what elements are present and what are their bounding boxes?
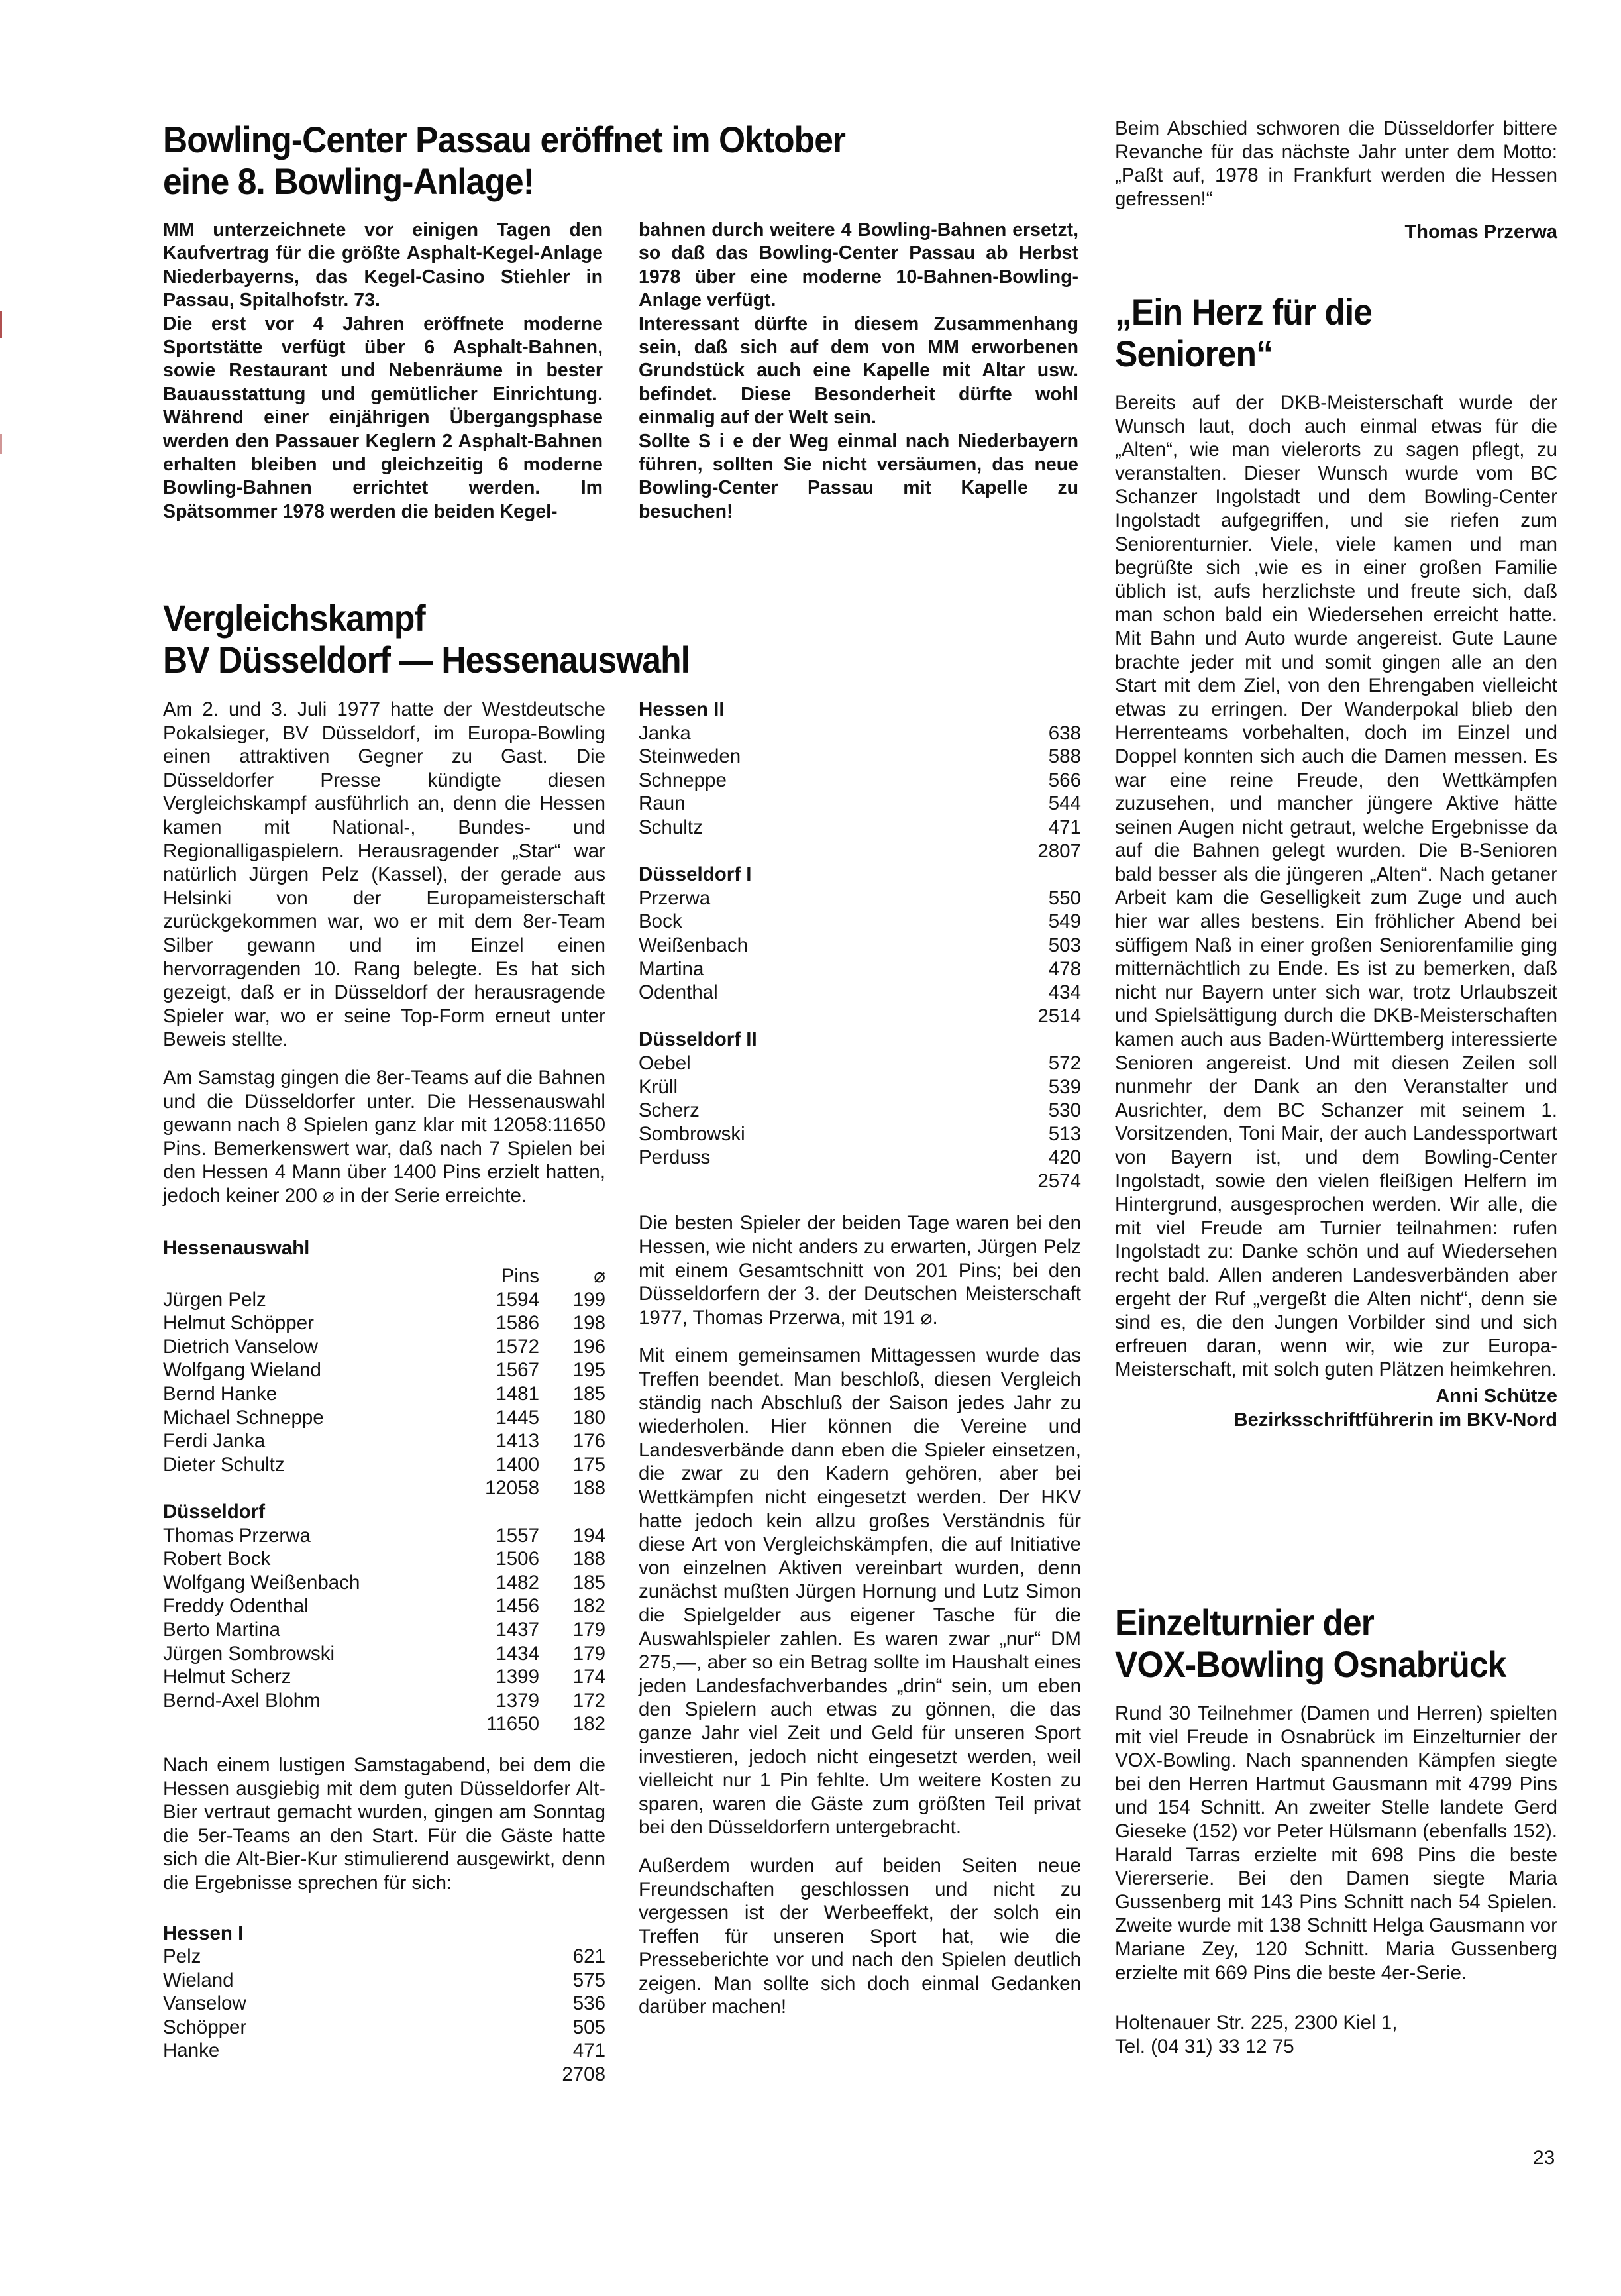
paragraph: Die besten Spieler der beiden Tage waren…	[639, 1211, 1081, 1329]
title-line: BV Düsseldorf — Hessenauswahl	[163, 639, 690, 681]
table-row: Pelz621	[163, 1945, 605, 1969]
scan-edge-mark	[0, 311, 2, 338]
player-name: Thomas Przerwa	[163, 1524, 460, 1548]
vergleich-column-1: Am 2. und 3. Juli 1977 hatte der Westdeu…	[163, 698, 605, 2087]
player-name: Steinweden	[639, 745, 949, 769]
player-name: Helmut Schöpper	[163, 1311, 460, 1335]
player-name: Wolfgang Weißenbach	[163, 1571, 460, 1595]
pins-value: 549	[955, 910, 1081, 934]
scores-table-duesseldorf-2: Oebel572 Krüll539 Scherz530 Sombrowski51…	[639, 1052, 1081, 1193]
total-pins: 2574	[953, 1170, 1081, 1193]
author-signature: Anni Schütze	[1115, 1384, 1557, 1408]
player-name: Freddy Odenthal	[163, 1594, 460, 1618]
pins-value: 1379	[460, 1689, 539, 1713]
player-name: Oebel	[639, 1052, 953, 1075]
player-name: Michael Schneppe	[163, 1406, 460, 1430]
pins-value: 1413	[460, 1429, 539, 1453]
player-name: Schneppe	[639, 769, 949, 793]
average-value: 179	[539, 1618, 605, 1642]
pins-value: 572	[953, 1052, 1081, 1075]
paragraph: Außerdem wurden auf beiden Seiten neue F…	[639, 1854, 1081, 2019]
table-row: Wolfgang Weißenbach1482185	[163, 1571, 605, 1595]
average-value: 172	[539, 1689, 605, 1713]
article-vox-header: Einzelturnier der VOX-Bowling Osnabrück	[1115, 1602, 1592, 1685]
paragraph: Rund 30 Teilnehmer (Damen und Herren) sp…	[1115, 1702, 1557, 1985]
average-value: 199	[539, 1288, 605, 1312]
average-value: 180	[539, 1406, 605, 1430]
team-heading: Hessenauswahl	[163, 1236, 605, 1260]
average-value: 174	[539, 1665, 605, 1689]
article-vergleichskampf-header: Vergleichskampf BV Düsseldorf — Hessenau…	[163, 598, 1090, 681]
title-line: VOX-Bowling Osnabrück	[1115, 1643, 1506, 1685]
article-title: „Ein Herz für die Senioren“	[1115, 292, 1542, 374]
average-value: 198	[539, 1311, 605, 1335]
average-value: 179	[539, 1642, 605, 1666]
pins-value: 1400	[460, 1453, 539, 1477]
table-row: Schneppe566	[639, 769, 1081, 793]
article-passau: Bowling-Center Passau eröffnet im Oktobe…	[163, 119, 1077, 202]
article-title: Vergleichskampf BV Düsseldorf — Hessenau…	[163, 598, 1016, 681]
title-line: eine 8. Bowling-Anlage!	[163, 160, 534, 202]
table-row: Ferdi Janka1413176	[163, 1429, 605, 1453]
player-name: Weißenbach	[639, 934, 955, 957]
table-row: Helmut Schöpper1586198	[163, 1311, 605, 1335]
average-value: 185	[539, 1382, 605, 1406]
team-heading: Hessen II	[639, 698, 1081, 722]
table-total-row: 2574	[639, 1170, 1081, 1193]
address-line: Holtenauer Str. 225, 2300 Kiel 1,	[1115, 2011, 1557, 2035]
scores-table-hessen-1: Pelz621 Wieland575 Vanselow536 Schöpper5…	[163, 1945, 605, 2087]
paragraph: Nach einem lustigen Samstagabend, bei de…	[163, 1753, 605, 1895]
player-name: Schöpper	[163, 2016, 454, 2040]
player-name: Wieland	[163, 1969, 454, 1993]
team-heading: Hessen I	[163, 1922, 605, 1945]
pins-value: 1399	[460, 1665, 539, 1689]
pins-value: 588	[949, 745, 1081, 769]
player-name: Jürgen Sombrowski	[163, 1642, 460, 1666]
player-name: Wolfgang Wieland	[163, 1358, 460, 1382]
scores-table-hessen-2: Janka638 Steinweden588 Schneppe566 Raun5…	[639, 722, 1081, 863]
pins-value: 1572	[460, 1335, 539, 1359]
player-name: Ferdi Janka	[163, 1429, 460, 1453]
player-name: Bernd-Axel Blohm	[163, 1689, 460, 1713]
pins-value: 1445	[460, 1406, 539, 1430]
table-row: Michael Schneppe1445180	[163, 1406, 605, 1430]
player-name: Martina	[639, 957, 955, 981]
table-total-row: 2708	[163, 2063, 605, 2087]
table-row: Sombrowski513	[639, 1122, 1081, 1146]
vox-body: Rund 30 Teilnehmer (Damen und Herren) sp…	[1115, 1702, 1557, 2058]
title-line: Senioren“	[1115, 333, 1273, 374]
paragraph: Sollte S i e der Weg einmal nach Niederb…	[639, 430, 1078, 524]
vergleich-column-3-continuation: Beim Abschied schworen die Düsseldorfer …	[1115, 117, 1557, 244]
player-name: Bock	[639, 910, 955, 934]
pins-value: 513	[953, 1122, 1081, 1146]
table-row: Robert Bock1506188	[163, 1547, 605, 1571]
phone-line: Tel. (04 31) 33 12 75	[1115, 2035, 1557, 2059]
team-heading: Düsseldorf	[163, 1500, 605, 1524]
table-row: Jürgen Pelz1594199	[163, 1288, 605, 1312]
table-row: Perduss420	[639, 1146, 1081, 1170]
table-row: Schultz471	[639, 816, 1081, 840]
title-line: Bowling-Center Passau eröffnet im Oktobe…	[163, 119, 845, 160]
pins-value: 1456	[460, 1594, 539, 1618]
pins-value: 1434	[460, 1642, 539, 1666]
average-value: 196	[539, 1335, 605, 1359]
pins-value: 1482	[460, 1571, 539, 1595]
pins-value: 621	[454, 1945, 605, 1969]
table-total-row: 2514	[639, 1005, 1081, 1028]
table-row: Jürgen Sombrowski1434179	[163, 1642, 605, 1666]
vergleich-column-2: Hessen II Janka638 Steinweden588 Schnepp…	[639, 698, 1081, 2034]
total-pins: 12058	[460, 1476, 539, 1500]
passau-column-1: MM unterzeichnete vor einigen Tagen den …	[163, 219, 603, 523]
table-row: Helmut Scherz1399174	[163, 1665, 605, 1689]
table-row: Hanke471	[163, 2039, 605, 2063]
scores-table-duesseldorf-1: Przerwa550 Bock549 Weißenbach503 Martina…	[639, 887, 1081, 1028]
team-heading: Düsseldorf I	[639, 863, 1081, 887]
paragraph: bahnen durch weitere 4 Bowling-Bahnen er…	[639, 219, 1078, 313]
pins-value: 539	[953, 1075, 1081, 1099]
table-row: Berto Martina1437179	[163, 1618, 605, 1642]
table-row: Bernd Hanke1481185	[163, 1382, 605, 1406]
total-pins: 11650	[460, 1712, 539, 1736]
scan-edge-mark	[0, 434, 2, 454]
table-row: Vanselow536	[163, 1992, 605, 2016]
total-average: 182	[539, 1712, 605, 1736]
table-row: Thomas Przerwa1557194	[163, 1524, 605, 1548]
table-row: Janka638	[639, 722, 1081, 745]
senioren-body: Bereits auf der DKB-Meisterschaft wurde …	[1115, 391, 1557, 1432]
average-value: 176	[539, 1429, 605, 1453]
table-row: Wolfgang Wieland1567195	[163, 1358, 605, 1382]
paragraph: Die erst vor 4 Jahren eröffnete moderne …	[163, 313, 603, 524]
pins-value: 536	[454, 1992, 605, 2016]
pins-value: 1437	[460, 1618, 539, 1642]
paragraph: Bereits auf der DKB-Meisterschaft wurde …	[1115, 391, 1557, 1382]
table-row: Bock549	[639, 910, 1081, 934]
pins-value: 1586	[460, 1311, 539, 1335]
pins-value: 550	[955, 887, 1081, 910]
pins-value: 638	[949, 722, 1081, 745]
table-row: Bernd-Axel Blohm1379172	[163, 1689, 605, 1713]
author-role: Bezirksschriftführerin im BKV-Nord	[1115, 1408, 1557, 1432]
title-line: Vergleichskampf	[163, 597, 425, 639]
pins-value: 503	[955, 934, 1081, 957]
pins-value: 505	[454, 2016, 605, 2040]
table-row: Odenthal434	[639, 981, 1081, 1005]
paragraph: Beim Abschied schworen die Düsseldorfer …	[1115, 117, 1557, 211]
table-total-row: 11650182	[163, 1712, 605, 1736]
pins-value: 471	[454, 2039, 605, 2063]
passau-column-2: bahnen durch weitere 4 Bowling-Bahnen er…	[639, 219, 1078, 523]
pins-value: 478	[955, 957, 1081, 981]
average-value: 185	[539, 1571, 605, 1595]
player-name: Sombrowski	[639, 1122, 953, 1146]
player-name: Berto Martina	[163, 1618, 460, 1642]
player-name: Helmut Scherz	[163, 1665, 460, 1689]
author-signature: Thomas Przerwa	[1115, 220, 1557, 244]
table-row: Freddy Odenthal1456182	[163, 1594, 605, 1618]
team-heading-row: Düsseldorf	[163, 1500, 605, 1524]
pins-value: 420	[953, 1146, 1081, 1170]
pins-value: 1481	[460, 1382, 539, 1406]
average-value: 182	[539, 1594, 605, 1618]
table-row: Oebel572	[639, 1052, 1081, 1075]
article-title: Einzelturnier der VOX-Bowling Osnabrück	[1115, 1602, 1553, 1685]
table-row: Raun544	[639, 792, 1081, 816]
player-name: Raun	[639, 792, 949, 816]
column-header-average: ⌀	[539, 1264, 605, 1288]
paragraph: Interessant dürfte in diesem Zusammenhan…	[639, 313, 1078, 430]
average-value: 194	[539, 1524, 605, 1548]
player-name: Odenthal	[639, 981, 955, 1005]
player-name: Przerwa	[639, 887, 955, 910]
player-name: Janka	[639, 722, 949, 745]
pins-value: 1506	[460, 1547, 539, 1571]
pins-value: 1567	[460, 1358, 539, 1382]
total-pins: 2807	[949, 840, 1081, 863]
paragraph: MM unterzeichnete vor einigen Tagen den …	[163, 219, 603, 313]
table-total-row: 12058188	[163, 1476, 605, 1500]
paragraph: Am 2. und 3. Juli 1977 hatte der Westdeu…	[163, 698, 605, 1052]
player-name: Pelz	[163, 1945, 454, 1969]
player-name: Jürgen Pelz	[163, 1288, 460, 1312]
table-row: Steinweden588	[639, 745, 1081, 769]
page-number: 23	[1533, 2147, 1555, 2169]
table-row: Wieland575	[163, 1969, 605, 1993]
player-name: Schultz	[639, 816, 949, 840]
column-header-pins: Pins	[460, 1264, 539, 1288]
paragraph: Mit einem gemeinsamen Mittagessen wurde …	[639, 1344, 1081, 1839]
player-name: Vanselow	[163, 1992, 454, 2016]
scores-table-8er: Pins ⌀ Jürgen Pelz1594199 Helmut Schöppe…	[163, 1264, 605, 1736]
table-row: Przerwa550	[639, 887, 1081, 910]
table-row: Schöpper505	[163, 2016, 605, 2040]
player-name: Bernd Hanke	[163, 1382, 460, 1406]
player-name: Dieter Schultz	[163, 1453, 460, 1477]
player-name: Krüll	[639, 1075, 953, 1099]
table-row: Weißenbach503	[639, 934, 1081, 957]
total-pins: 2708	[454, 2063, 605, 2087]
table-total-row: 2807	[639, 840, 1081, 863]
player-name: Scherz	[639, 1099, 953, 1122]
table-row: Dietrich Vanselow1572196	[163, 1335, 605, 1359]
average-value: 175	[539, 1453, 605, 1477]
article-title: Bowling-Center Passau eröffnet im Oktobe…	[163, 119, 1004, 202]
pins-value: 1557	[460, 1524, 539, 1548]
pins-value: 434	[955, 981, 1081, 1005]
average-value: 195	[539, 1358, 605, 1382]
table-row: Dieter Schultz1400175	[163, 1453, 605, 1477]
player-name: Dietrich Vanselow	[163, 1335, 460, 1359]
player-name: Hanke	[163, 2039, 454, 2063]
player-name: Perduss	[639, 1146, 953, 1170]
table-row: Scherz530	[639, 1099, 1081, 1122]
table-header-row: Pins ⌀	[163, 1264, 605, 1288]
title-line: „Ein Herz für die	[1115, 291, 1372, 333]
total-average: 188	[539, 1476, 605, 1500]
total-pins: 2514	[955, 1005, 1081, 1028]
table-row: Krüll539	[639, 1075, 1081, 1099]
pins-value: 544	[949, 792, 1081, 816]
team-heading: Düsseldorf II	[639, 1028, 1081, 1052]
pins-value: 566	[949, 769, 1081, 793]
pins-value: 471	[949, 816, 1081, 840]
table-row: Martina478	[639, 957, 1081, 981]
player-name: Robert Bock	[163, 1547, 460, 1571]
average-value: 188	[539, 1547, 605, 1571]
paragraph: Am Samstag gingen die 8er-Teams auf die …	[163, 1066, 605, 1208]
title-line: Einzelturnier der	[1115, 1602, 1374, 1643]
pins-value: 1594	[460, 1288, 539, 1312]
pins-value: 575	[454, 1969, 605, 1993]
pins-value: 530	[953, 1099, 1081, 1122]
article-senioren-header: „Ein Herz für die Senioren“	[1115, 292, 1579, 374]
